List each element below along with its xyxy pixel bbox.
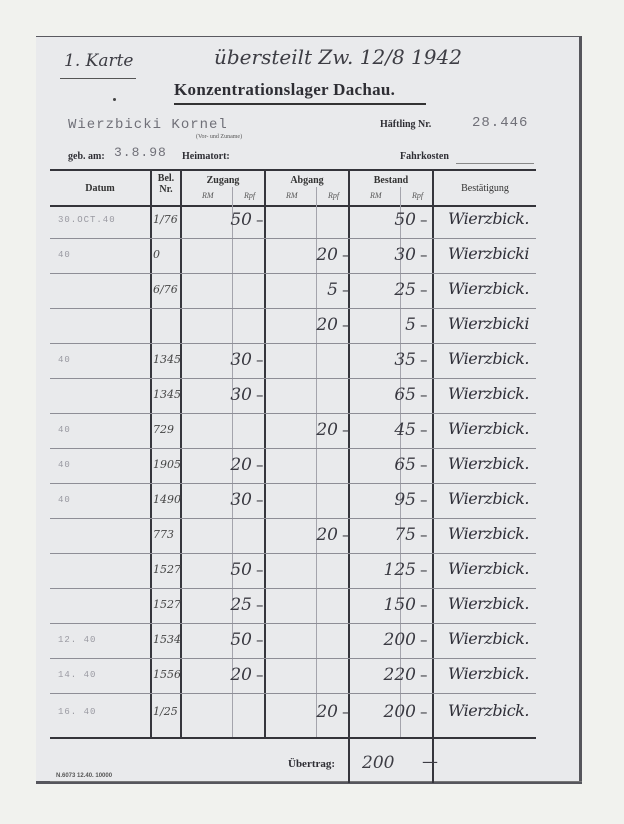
prisoner-number: 28.446 — [472, 115, 528, 131]
row-zugang: 30 — [186, 490, 252, 510]
row-line — [50, 483, 536, 484]
row-bel-nr: 1905 — [153, 458, 179, 471]
row-bestand: 35 — [356, 350, 416, 370]
header-zugang: Zugang — [182, 175, 264, 186]
row-signature: Wierzbick. — [448, 629, 529, 648]
row-abgang: 20 — [272, 420, 338, 440]
dash: – — [256, 211, 264, 229]
table-bottom-border — [50, 737, 536, 739]
table-row: 40 1905 20 – 65 – Wierzbick. — [36, 450, 582, 483]
dash: – — [420, 491, 428, 509]
row-date: 14. 40 — [58, 670, 140, 680]
table-row: 30.OCT.40 1/76 50 – 50 – Wierzbick. — [36, 205, 582, 238]
row-bestand: 45 — [356, 420, 416, 440]
dash: – — [256, 491, 264, 509]
dash: – — [256, 351, 264, 369]
row-bel-nr: 1/76 — [153, 213, 179, 226]
form-number: N.6073 12.40. 10000 — [56, 773, 112, 779]
ink-dot — [113, 98, 116, 101]
row-date: 40 — [58, 355, 140, 365]
transfer-note: übersteilt Zw. 12/8 1942 — [214, 45, 462, 69]
unit-rpf: Rpf — [244, 191, 255, 200]
unit-rm: RM — [370, 191, 382, 200]
dash: – — [342, 526, 350, 544]
dash: – — [420, 456, 428, 474]
unit-rpf: Rpf — [328, 191, 339, 200]
row-zugang: 50 — [186, 630, 252, 650]
row-zugang: 25 — [186, 595, 252, 615]
table-row: 12. 40 1534 50 – 200 – Wierzbick. — [36, 625, 582, 658]
row-abgang: 20 — [272, 245, 338, 265]
header-bel-nr: Bel. Nr. — [152, 173, 180, 195]
table-row: 40 0 20 – 30 – Wierzbicki — [36, 240, 582, 273]
dash: – — [420, 316, 428, 334]
unit-rpf: Rpf — [412, 191, 423, 200]
row-line — [50, 588, 536, 589]
born-date: 3.8.98 — [114, 145, 167, 160]
row-date: 40 — [58, 250, 140, 260]
document-title: Konzentrationslager Dachau. — [174, 80, 395, 100]
row-bestand: 50 — [356, 210, 416, 230]
row-bel-nr: 6/76 — [153, 283, 179, 296]
dash: – — [342, 703, 350, 721]
dash: – — [420, 561, 428, 579]
row-line — [50, 308, 536, 309]
dash: – — [342, 281, 350, 299]
row-signature: Wierzbicki — [448, 314, 529, 333]
row-bestand: 65 — [356, 385, 416, 405]
prisoner-account-card: 1. Karte übersteilt Zw. 12/8 1942 Konzen… — [36, 36, 582, 784]
title-underline — [174, 103, 426, 105]
row-line — [50, 693, 536, 694]
table-row: 773 20 – 75 – Wierzbick. — [36, 520, 582, 553]
row-abgang: 20 — [272, 315, 338, 335]
row-bestand: 220 — [356, 665, 416, 685]
row-line — [50, 413, 536, 414]
divider — [60, 78, 136, 79]
table-row: 1345 30 – 65 – Wierzbick. — [36, 380, 582, 413]
row-bel-nr: 1534 — [153, 633, 179, 646]
table-row: 20 – 5 – Wierzbicki — [36, 310, 582, 343]
carry-over-label: Übertrag: — [288, 758, 335, 770]
table-row: 40 1490 30 – 95 – Wierzbick. — [36, 485, 582, 518]
row-signature: Wierzbick. — [448, 349, 529, 368]
name-caption: (Vor- und Zuname) — [196, 134, 242, 140]
unit-rm: RM — [286, 191, 298, 200]
row-bel-nr: 773 — [153, 528, 179, 541]
dash: – — [420, 526, 428, 544]
hometown-label: Heimatort: — [182, 151, 230, 162]
table-top-border — [50, 169, 536, 171]
row-zugang: 30 — [186, 385, 252, 405]
table-row: 1527 25 – 150 – Wierzbick. — [36, 590, 582, 623]
travel-cost-line — [456, 163, 534, 164]
dash: – — [420, 666, 428, 684]
table-row: 6/76 5 – 25 – Wierzbick. — [36, 275, 582, 308]
unit-rm: RM — [202, 191, 214, 200]
row-signature: Wierzbicki — [448, 244, 529, 263]
row-bestand: 95 — [356, 490, 416, 510]
row-zugang: 50 — [186, 560, 252, 580]
dash: – — [420, 351, 428, 369]
row-date: 16. 40 — [58, 707, 140, 717]
row-signature: Wierzbick. — [448, 701, 529, 720]
dash: – — [256, 596, 264, 614]
dash: – — [420, 211, 428, 229]
row-bel-nr: 1490 — [153, 493, 179, 506]
row-line — [50, 378, 536, 379]
row-bel-nr: 1556 — [153, 668, 179, 681]
row-date: 40 — [58, 495, 140, 505]
row-signature: Wierzbick. — [448, 279, 529, 298]
row-bestand: 65 — [356, 455, 416, 475]
dash: — — [422, 752, 438, 771]
header-bestaetigung: Bestätigung — [434, 183, 536, 194]
row-bestand: 25 — [356, 280, 416, 300]
born-label: geb. am: — [68, 151, 105, 162]
row-line — [50, 448, 536, 449]
table-row: 1527 50 – 125 – Wierzbick. — [36, 555, 582, 588]
dash: – — [256, 666, 264, 684]
row-bel-nr: 1527 — [153, 598, 179, 611]
row-bestand: 5 — [356, 315, 416, 335]
prisoner-name: Wierzbicki Kornel — [68, 117, 228, 133]
dash: – — [420, 246, 428, 264]
row-line — [50, 658, 536, 659]
row-bestand: 200 — [356, 702, 416, 722]
dash: – — [420, 386, 428, 404]
row-signature: Wierzbick. — [448, 384, 529, 403]
dash: – — [342, 421, 350, 439]
row-bestand: 200 — [356, 630, 416, 650]
row-signature: Wierzbick. — [448, 419, 529, 438]
dash: – — [420, 281, 428, 299]
row-bestand: 150 — [356, 595, 416, 615]
row-bestand: 125 — [356, 560, 416, 580]
table-row: 40 729 20 – 45 – Wierzbick. — [36, 415, 582, 448]
row-abgang: 20 — [272, 702, 338, 722]
dash: – — [256, 386, 264, 404]
row-bel-nr: 1345 — [153, 353, 179, 366]
row-bel-nr: 1/25 — [153, 705, 179, 718]
row-zugang: 30 — [186, 350, 252, 370]
row-zugang: 20 — [186, 665, 252, 685]
dash: – — [420, 596, 428, 614]
header-bestand: Bestand — [350, 175, 432, 186]
row-signature: Wierzbick. — [448, 209, 529, 228]
prisoner-number-label: Häftling Nr. — [380, 119, 431, 130]
row-signature: Wierzbick. — [448, 559, 529, 578]
row-zugang: 50 — [186, 210, 252, 230]
table-row: 16. 40 1/25 20 – 200 – Wierzbick. — [36, 697, 582, 730]
row-line — [50, 623, 536, 624]
form-bottom-line — [50, 781, 582, 782]
row-bestand: 75 — [356, 525, 416, 545]
row-signature: Wierzbick. — [448, 489, 529, 508]
row-date: 40 — [58, 425, 140, 435]
row-date: 40 — [58, 460, 140, 470]
row-line — [50, 273, 536, 274]
dash: – — [420, 631, 428, 649]
row-abgang: 20 — [272, 525, 338, 545]
row-signature: Wierzbick. — [448, 594, 529, 613]
row-signature: Wierzbick. — [448, 524, 529, 543]
dash: – — [342, 246, 350, 264]
dash: – — [256, 631, 264, 649]
row-bel-nr: 1345 — [153, 388, 179, 401]
travel-cost-label: Fahrkosten — [400, 151, 449, 162]
dash: – — [256, 456, 264, 474]
row-signature: Wierzbick. — [448, 454, 529, 473]
row-zugang: 20 — [186, 455, 252, 475]
dash: – — [342, 316, 350, 334]
card-label: 1. Karte — [64, 51, 133, 71]
row-date: 12. 40 — [58, 635, 140, 645]
row-line — [50, 343, 536, 344]
table-row: 40 1345 30 – 35 – Wierzbick. — [36, 345, 582, 378]
row-abgang: 5 — [272, 280, 338, 300]
dash: – — [420, 703, 428, 721]
dash: – — [420, 421, 428, 439]
header-abgang: Abgang — [266, 175, 348, 186]
row-line — [50, 553, 536, 554]
table-row: 14. 40 1556 20 – 220 – Wierzbick. — [36, 660, 582, 693]
row-signature: Wierzbick. — [448, 664, 529, 683]
carry-over-value: 200 — [362, 753, 394, 773]
dash: – — [256, 561, 264, 579]
row-line — [50, 238, 536, 239]
row-bel-nr: 0 — [153, 248, 179, 261]
row-date: 30.OCT.40 — [58, 215, 140, 225]
row-bel-nr: 729 — [153, 423, 179, 436]
row-line — [50, 518, 536, 519]
row-bel-nr: 1527 — [153, 563, 179, 576]
row-bestand: 30 — [356, 245, 416, 265]
header-datum: Datum — [50, 183, 150, 194]
